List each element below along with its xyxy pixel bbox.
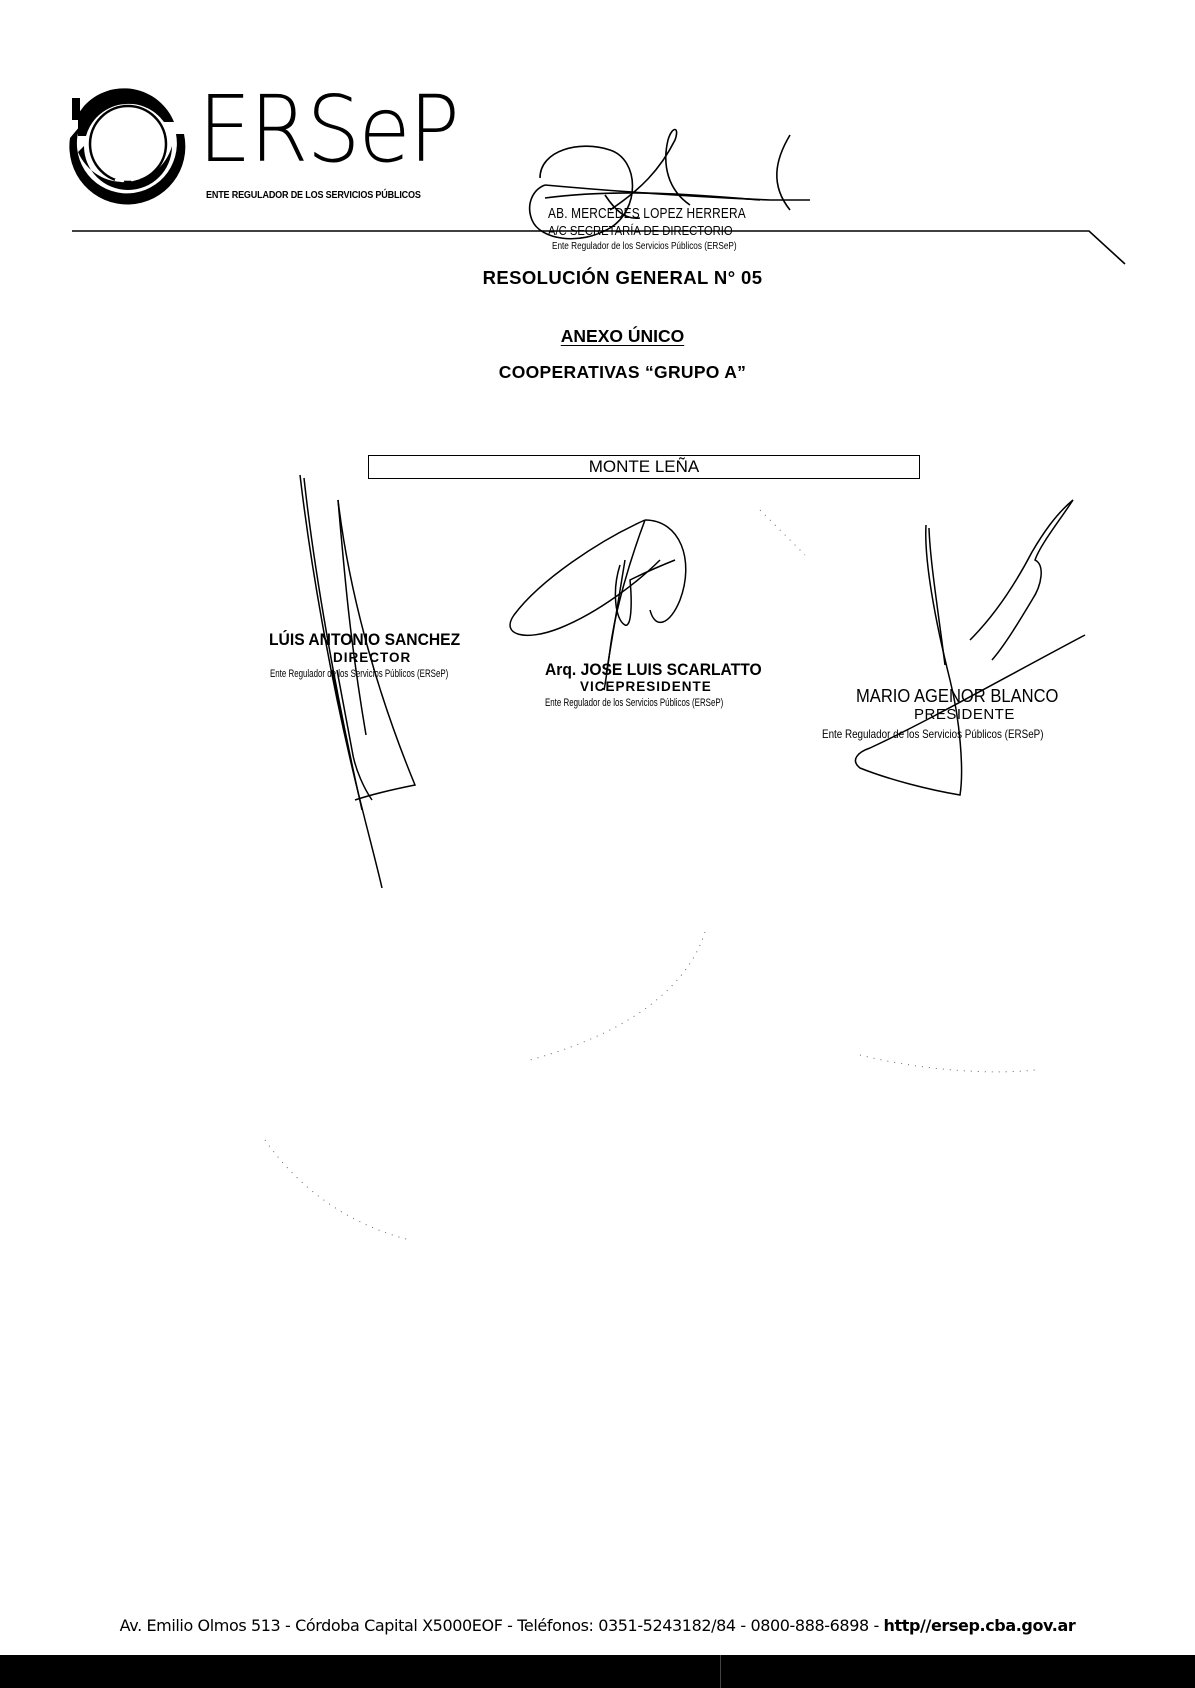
signatory-1-role: DIRECTOR: [333, 650, 411, 665]
secretary-organization: Ente Regulador de los Servicios Públicos…: [552, 241, 737, 252]
signatory-3-role: PRESIDENTE: [914, 706, 1015, 723]
annex-title: ANEXO ÚNICO: [0, 326, 1195, 347]
footer-address: Av. Emilio Olmos 513 - Córdoba Capital X…: [0, 1616, 1195, 1635]
signatory-1-organization: Ente Regulador de los Servicios Públicos…: [270, 668, 448, 680]
scan-speckles: [265, 510, 1035, 1240]
signatory-3-name: MARIO AGENOR BLANCO: [856, 686, 1058, 707]
signatory-2-organization: Ente Regulador de los Servicios Públicos…: [545, 697, 723, 709]
secretary-name: AB. MERCEDES LOPEZ HERRERA: [548, 206, 746, 222]
president-signature-icon: [855, 500, 1085, 795]
signatory-3-organization: Ente Regulador de los Servicios Públicos…: [822, 727, 1044, 741]
signatory-2-role: VICEPRESIDENTE: [580, 679, 712, 694]
footer-url-link[interactable]: http//ersep.cba.gov.ar: [884, 1616, 1076, 1635]
cooperative-name-box: MONTE LEÑA: [368, 455, 920, 479]
resolution-title: RESOLUCIÓN GENERAL N° 05: [0, 267, 1195, 289]
footer-address-text: Av. Emilio Olmos 513 - Córdoba Capital X…: [120, 1616, 884, 1635]
signatory-2-name: Arq. JOSE LUIS SCARLATTO: [545, 660, 762, 680]
footer-bar-divider: [720, 1655, 721, 1688]
cooperative-name: MONTE LEÑA: [589, 457, 700, 477]
ersep-ring-logo-icon: [60, 76, 196, 212]
logo-subtitle: ENTE REGULADOR DE LOS SERVICIOS PÚBLICOS: [206, 189, 421, 201]
footer-black-bar: [0, 1655, 1195, 1688]
group-title: COOPERATIVAS “GRUPO A”: [0, 362, 1195, 383]
signature-ink-layer: [0, 0, 1195, 1688]
signatory-1-name: LÚIS ANTONIO SANCHEZ: [269, 630, 460, 650]
secretary-signature-icon: [530, 130, 810, 239]
secretary-role: A/C SECRETARÍA DE DIRECTORIO: [548, 224, 733, 238]
logo-wordmark: ERSeP: [198, 84, 458, 176]
director-signature-icon: [300, 475, 415, 888]
